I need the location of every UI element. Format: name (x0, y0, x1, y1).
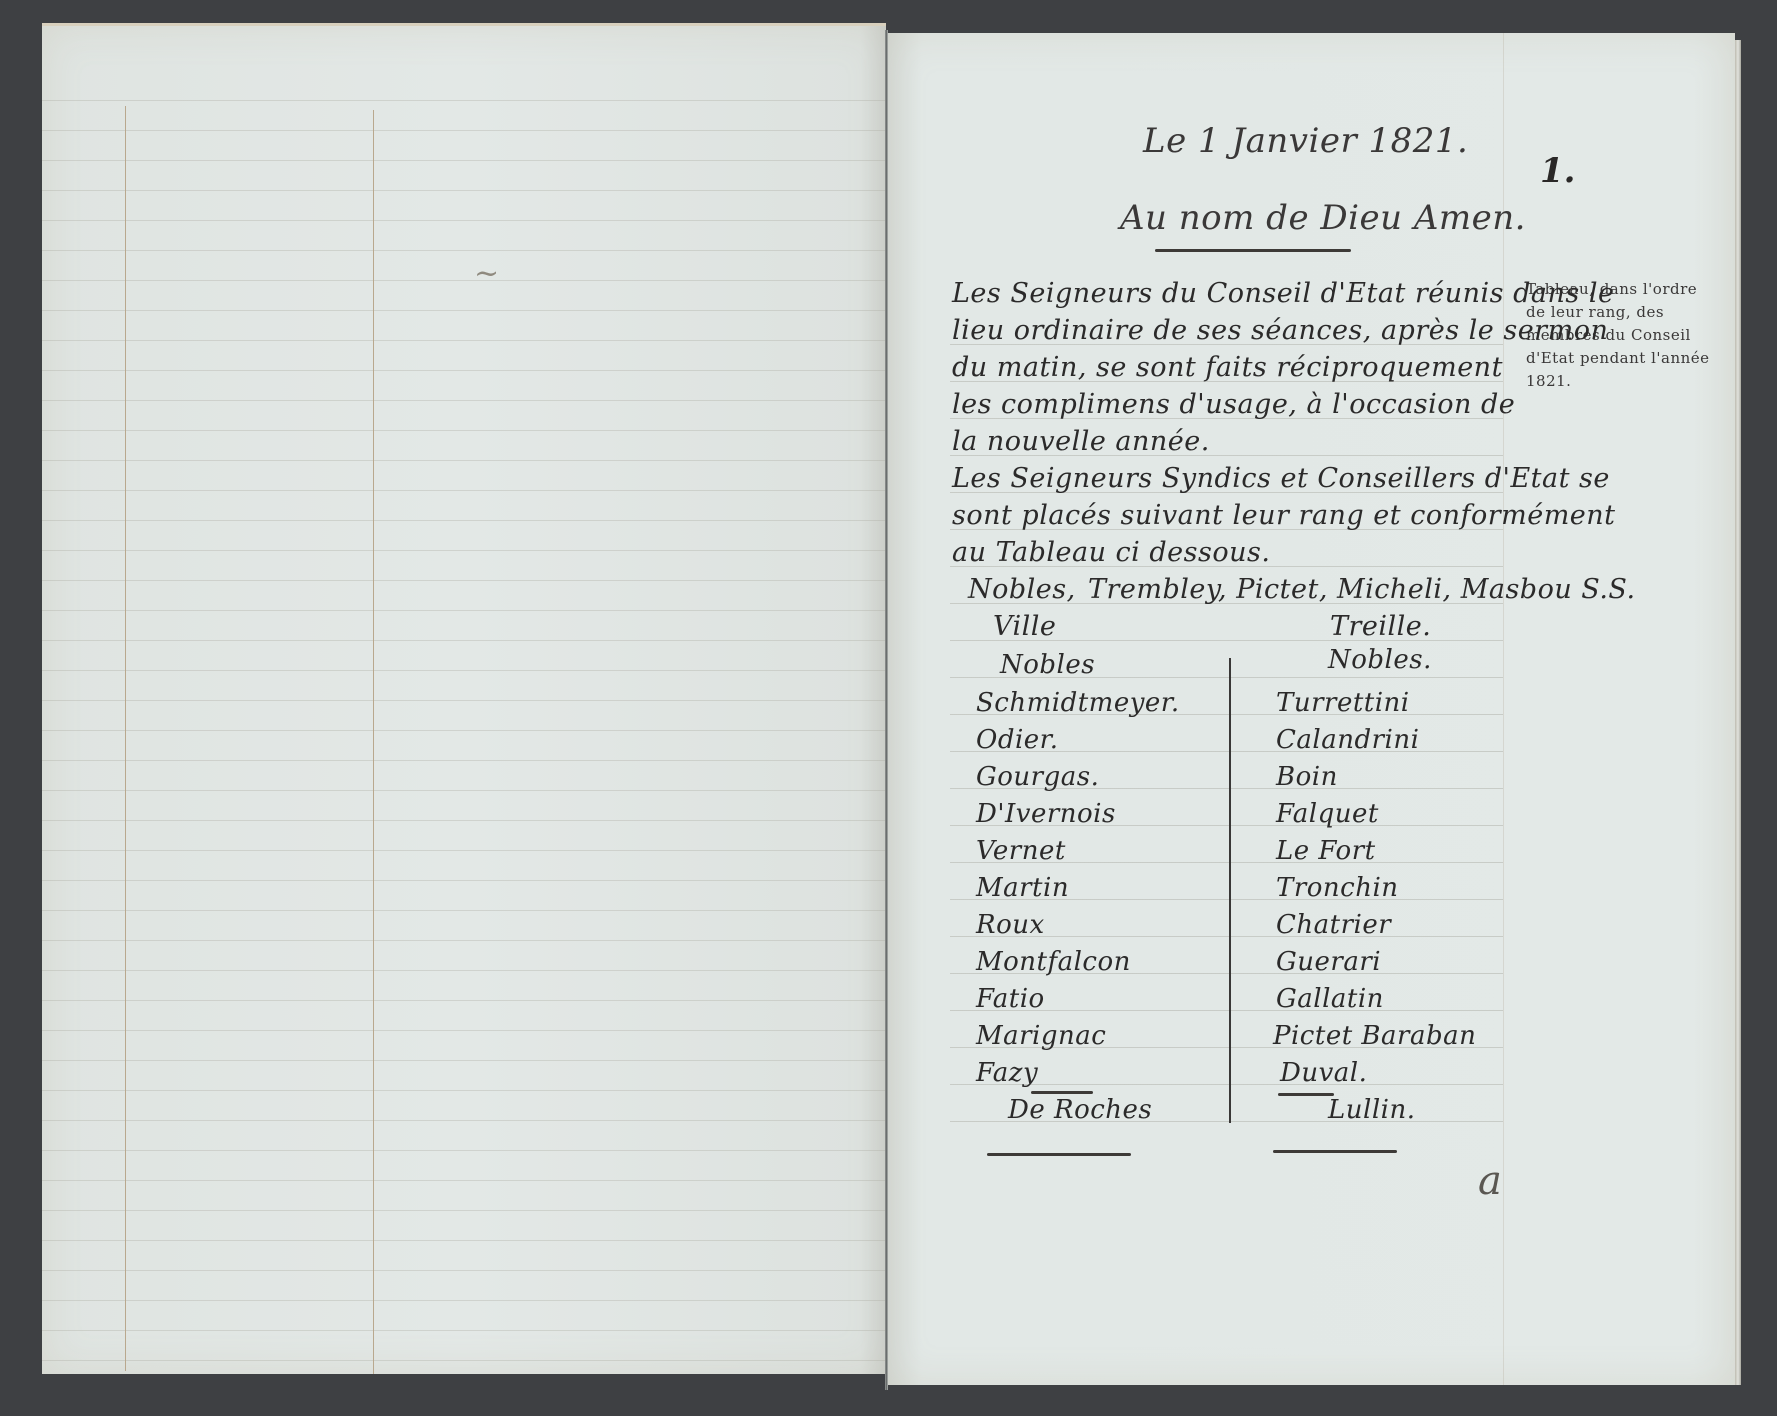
syndics-sub-right: Treille. (1330, 611, 1431, 642)
left-name: Gourgas. (976, 762, 1099, 792)
body-line: sont placés suivant leur rang et conform… (952, 500, 1616, 531)
right-name: Chatrier (1276, 910, 1391, 940)
body-line: lieu ordinaire de ses séances, après le … (952, 315, 1608, 346)
right-page: Le 1 Janvier 1821. 1. Au nom de Dieu Ame… (888, 33, 1735, 1385)
left-name: Martin (976, 873, 1069, 903)
body-line: les complimens d'usage, à l'occasion de (952, 389, 1515, 420)
body-line: au Tableau ci dessous. (952, 537, 1270, 568)
table-right-header: Nobles. (1328, 645, 1432, 675)
left-name: Fazy (976, 1058, 1038, 1088)
right-name: Le Fort (1276, 836, 1376, 866)
right-name: Pictet Baraban (1273, 1021, 1476, 1051)
body-line: Les Seigneurs du Conseil d'Etat réunis d… (952, 278, 1614, 309)
date-heading: Le 1 Janvier 1821. (1143, 121, 1468, 161)
left-name: Marignac (976, 1021, 1106, 1051)
right-column-end-rule (1273, 1150, 1397, 1153)
page-stack-edge (1735, 40, 1741, 1385)
syndics-sub-left: Ville (993, 611, 1056, 642)
syndics-label: Nobles, (968, 574, 1076, 605)
stray-pencil-mark-bottom: a (1478, 1158, 1502, 1204)
left-name: Montfalcon (976, 947, 1131, 977)
left-column-end-rule (987, 1153, 1131, 1156)
left-name: Roux (976, 910, 1045, 940)
right-name: Guerari (1276, 947, 1381, 977)
body-line: du matin, se sont faits réciproquement (952, 352, 1503, 383)
left-name: De Roches (1008, 1095, 1152, 1125)
page-number: 1. (1540, 151, 1576, 191)
right-name: Falquet (1276, 799, 1379, 829)
left-column-rule (373, 110, 374, 1374)
duval-underline (1278, 1093, 1334, 1096)
body-line: Les Seigneurs Syndics et Conseillers d'E… (952, 463, 1610, 494)
right-name: Tronchin (1276, 873, 1399, 903)
right-name: Boin (1276, 762, 1338, 792)
left-name: Vernet (976, 836, 1066, 866)
left-name: Fatio (976, 984, 1045, 1014)
table-column-divider (1229, 658, 1231, 1123)
left-name: Schmidtmeyer. (976, 688, 1180, 718)
syndics-names: Trembley, Pictet, Micheli, Masbou S.S. (1088, 574, 1636, 605)
heading-underline (1155, 249, 1351, 252)
right-name: Lullin. (1328, 1095, 1415, 1125)
right-name: Turrettini (1276, 688, 1410, 718)
table-left-header: Nobles (1000, 650, 1095, 680)
left-page-ruled-lines (42, 71, 886, 1371)
right-name: Duval. (1280, 1058, 1367, 1088)
stray-pencil-mark: ~ (474, 256, 499, 291)
left-name: D'Ivernois (976, 799, 1116, 829)
body-line: la nouvelle année. (952, 426, 1210, 457)
right-name: Calandrini (1276, 725, 1419, 755)
left-margin-rule (125, 106, 126, 1371)
left-name: Odier. (976, 725, 1059, 755)
fazy-underline (1031, 1091, 1093, 1094)
left-page: ~ (42, 23, 886, 1374)
right-name: Gallatin (1276, 984, 1384, 1014)
invocation-heading: Au nom de Dieu Amen. (1120, 198, 1526, 238)
